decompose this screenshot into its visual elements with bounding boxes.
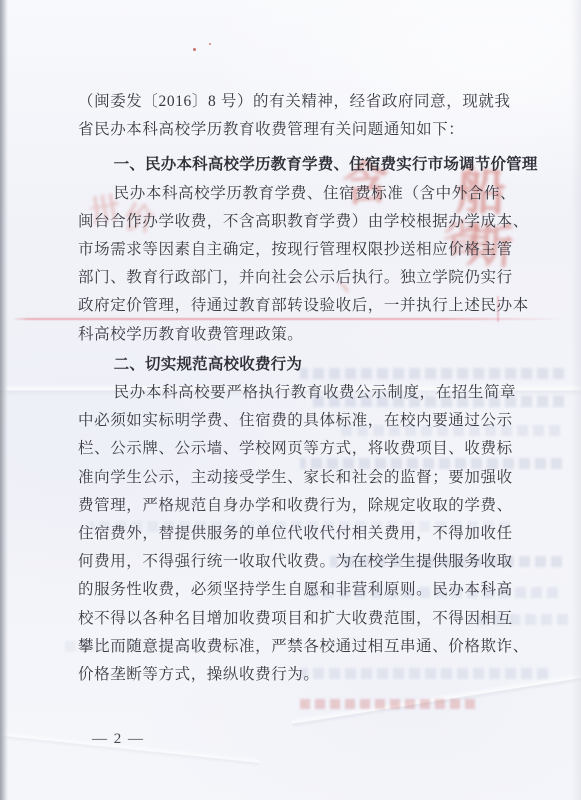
text-line: 栏、公示牌、公示墙、学校网页等方式，将收费项目、收费标 [78,435,520,463]
text-line: 费管理，严格规范自身办学和收费行为，除规定收取的学费、 [78,492,520,520]
scan-edge-light [571,0,581,800]
scan-speck [209,43,211,45]
text-line: 中必须如实标明学费、住宿费的具体标准，在校内要通过公示 [78,407,520,435]
text-line: 准向学生公示，主动接受学生、家长和社会的监督；要加强收 [78,464,520,492]
text-line: 科高校学历教育收费管理政策。 [78,321,520,349]
section-heading: 二、切实规范高校收费行为 [78,351,520,379]
text-line: 攀比而随意提高收费标准，严禁各校通过相互串通、价格欺诈、 [78,633,520,661]
text-line: 校不得以各种名目增加收费项目和扩大收费范围，不得因相互 [78,605,520,633]
red-ink-bleedthrough [300,699,476,709]
text-line: 何费用，不得强行统一收取代收费。为在校学生提供服务收取 [78,548,520,576]
text-line: 政府定价管理，待通过教育部转设验收后，一并执行上述民办本 [78,292,520,320]
text-line: 部门、教育行政部门，并向社会公示后执行。独立学院仍实行 [78,264,520,292]
scanned-document-page: 含船省斯卅价丶 （闽委发〔2016〕8 号）的有关精神，经省政府同意，现就我省民… [0,0,581,800]
text-line: 闽台合作办学收费，不含高职教育学费）由学校根据办学成本、 [78,208,520,236]
text-line: 价格垄断等方式，操纵收费行为。 [78,661,520,689]
scan-speck [193,48,196,51]
page-number: — 2 — [92,731,145,748]
scan-edge-shadow [0,0,8,800]
section-heading: 一、民办本科高校学历教育学费、住宿费实行市场调节价管理 [78,151,520,179]
text-line: 的服务性收费，必须坚持学生自愿和非营利原则。民办本科高 [78,576,520,604]
text-line: 住宿费外，替提供服务的单位代收代付相关费用，不得加收任 [78,520,520,548]
text-line: 市场需求等因素自主确定，按现行管理权限抄送相应价格主管 [78,236,520,264]
text-line: （闽委发〔2016〕8 号）的有关精神，经省政府同意，现就我 [78,88,520,116]
text-line: 省民办本科高校学历教育收费管理有关问题通知如下： [78,116,520,144]
text-line: 民办本科高校学历教育学费、住宿费标准（含中外合作、 [78,180,520,208]
text-line: 民办本科高校要严格执行教育收费公示制度，在招生简章 [78,379,520,407]
document-body: （闽委发〔2016〕8 号）的有关精神，经省政府同意，现就我省民办本科高校学历教… [78,88,520,689]
